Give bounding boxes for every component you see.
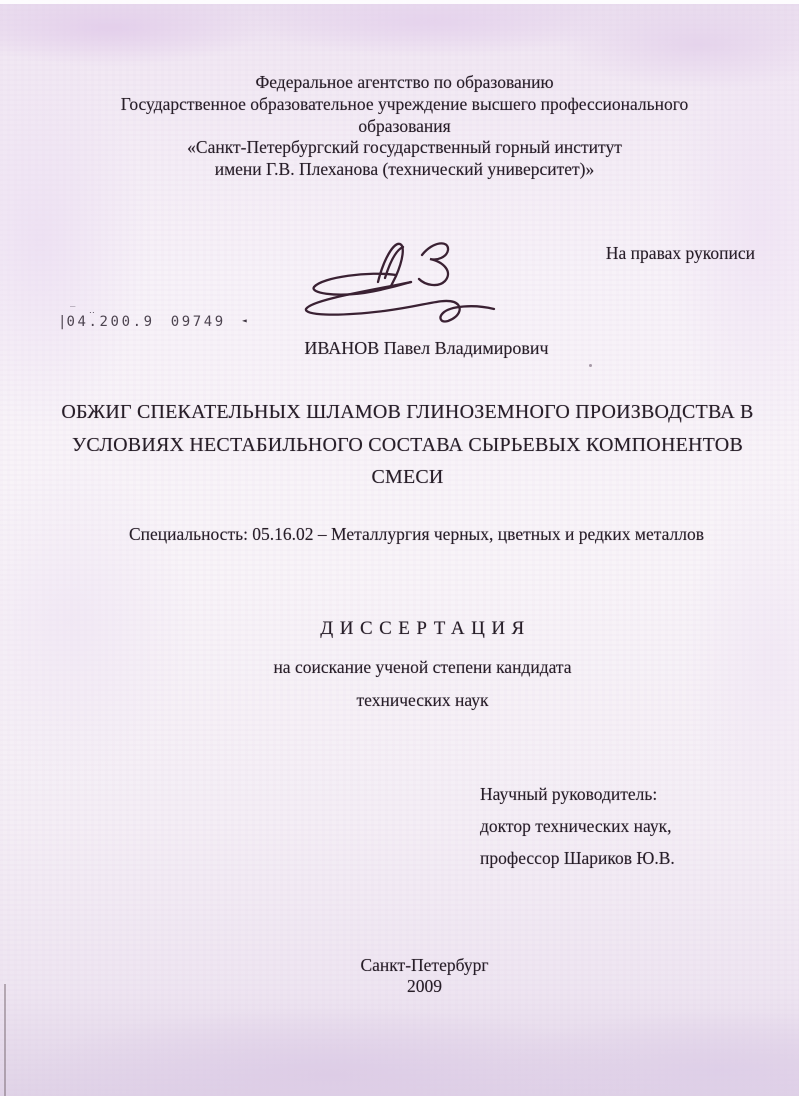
supervisor-block: Научный руководитель: доктор технических… [480,778,675,874]
header-line-education: образования [10,116,799,138]
supervisor-name: профессор Шариков Ю.В. [480,842,675,874]
dissertation-title: ОБЖИГ СПЕКАТЕЛЬНЫХ ШЛАМОВ ГЛИНОЗЕМНОГО П… [0,396,799,494]
imprint-block: Санкт-Петербург 2009 [0,955,799,997]
scan-top-edge [0,0,799,4]
title-line-1: ОБЖИГ СПЕКАТЕЛЬНЫХ ШЛАМОВ ГЛИНОЗЕМНОГО П… [16,396,799,429]
dissertation-subheading: на соискание ученой степени кандидата те… [0,651,799,716]
imprint-year: 2009 [50,976,799,997]
specialty-line: Специальность: 05.16.02 – Металлургия че… [0,524,799,545]
institution-header: Федеральное агентство по образованию Гос… [0,72,799,181]
scan-left-edge-line [4,984,6,1096]
signature-icon [292,236,512,332]
scan-speck [589,364,592,367]
dissertation-heading: ДИССЕРТАЦИЯ [0,618,799,640]
stamp-number: 04.200.9 09749 [66,314,225,330]
header-line-institution: Государственное образовательное учрежден… [10,94,799,116]
supervisor-label: Научный руководитель: [480,778,675,810]
scanned-title-page: Федеральное агентство по образованию Гос… [0,0,799,1096]
title-line-3: СМЕСИ [16,461,799,494]
stamp-number-line: |04.200.9 09749 ◄ [58,314,247,330]
header-line-named-after: имени Г.В. Плеханова (технический универ… [10,159,799,181]
stamp-tick-mark: ◄ [242,316,247,325]
degree-line-1: на соискание ученой степени кандидата [46,651,799,684]
header-line-agency: Федеральное агентство по образованию [10,72,799,94]
header-line-university: «Санкт-Петербургский государственный гор… [10,137,799,159]
author-name: ИВАНОВ Павел Владимирович [0,338,799,359]
manuscript-rights-note: На правах рукописи [606,243,755,264]
degree-line-2: технических наук [46,684,799,717]
imprint-city: Санкт-Петербург [50,955,799,976]
handwritten-signature [292,236,512,332]
title-line-2: УСЛОВИЯХ НЕСТАБИЛЬНОГО СОСТАВА СЫРЬЕВЫХ … [16,429,799,462]
supervisor-degree: доктор технических наук, [480,810,675,842]
library-stamp: ‾ ‥ |04.200.9 09749 ◄ [58,306,248,340]
